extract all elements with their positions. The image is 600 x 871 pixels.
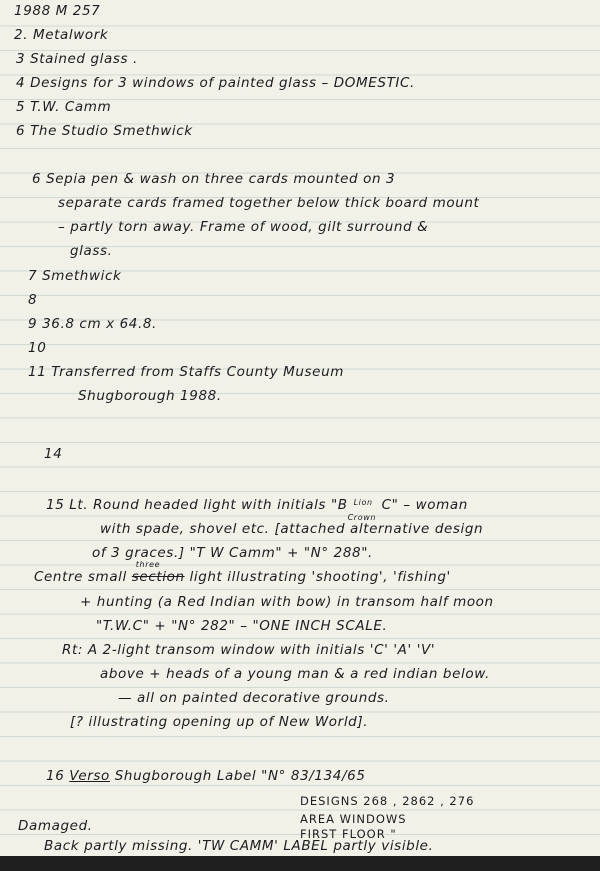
- field-14: 14: [44, 446, 62, 462]
- description-line-2: separate cards framed together below thi…: [58, 195, 479, 211]
- field-3-material: 3 Stained glass .: [16, 51, 138, 67]
- right-light-line-4: [? illustrating opening up of New World]…: [70, 714, 368, 730]
- page-bottom-shadow: [0, 856, 600, 871]
- field-16-verso: 16 Verso Shugborough Label "N° 83/134/65: [46, 768, 366, 784]
- verso-label-text: Shugborough Label "N° 83/134/65: [110, 768, 366, 784]
- insertion-three: three: [136, 560, 160, 569]
- right-light-line-2: above + heads of a young man & a red ind…: [100, 666, 490, 682]
- description-line-3: – partly torn away. Frame of wood, gilt …: [58, 219, 428, 235]
- left-light-text-end: C" – woman: [382, 497, 468, 513]
- label-area-windows: AREA WINDOWS: [300, 812, 407, 826]
- field-16-number: 16: [46, 768, 69, 784]
- condition-note: Back partly missing. 'TW CAMM' LABEL par…: [44, 838, 433, 854]
- field-15-line-2: with spade, shovel etc. [attached altern…: [100, 521, 483, 537]
- field-2-category: 2. Metalwork: [14, 27, 108, 43]
- centre-light-suffix: light illustrating 'shooting', 'fishing': [185, 569, 451, 585]
- field-4-title: 4 Designs for 3 windows of painted glass…: [16, 75, 415, 91]
- field-4-text: 4 Designs for 3 windows of painted glass…: [16, 75, 415, 91]
- description-line-4: glass.: [70, 243, 113, 259]
- field-8: 8: [28, 292, 37, 308]
- label-designs: DESIGNS 268 , 2862 , 276: [300, 794, 474, 808]
- field-6-maker: 6 The Studio Smethwick: [16, 123, 193, 139]
- centre-light-line: Centre small threesection light illustra…: [34, 569, 451, 585]
- field-11-provenance-cont: Shugborough 1988.: [78, 388, 222, 404]
- struck-word: section: [132, 569, 185, 585]
- right-light-line-3: — all on painted decorative grounds.: [118, 690, 390, 706]
- corrected-word: threesection: [132, 569, 185, 585]
- field-11-provenance: 11 Transferred from Staffs County Museum: [28, 364, 344, 380]
- centre-light-line-2: + hunting (a Red Indian with bow) in tra…: [80, 594, 494, 610]
- field-5-artist: 5 T.W. Camm: [16, 99, 111, 115]
- condition-damaged: Damaged.: [18, 818, 93, 834]
- right-light-line-1: Rt: A 2-light transom window with initia…: [62, 642, 435, 658]
- superscript-lion: Lion: [354, 498, 373, 507]
- accession-number: 1988 M 257: [14, 3, 100, 19]
- field-9-dimensions: 9 36.8 cm x 64.8.: [28, 316, 157, 332]
- field-15-line-3: of 3 graces.] "T W Camm" + "N° 288".: [92, 545, 373, 561]
- field-15-left-light: 15 Lt. Round headed light with initials …: [46, 497, 468, 513]
- left-light-text: 15 Lt. Round headed light with initials …: [46, 497, 348, 513]
- verso-underlined: Verso: [69, 768, 110, 784]
- field-10: 10: [28, 340, 46, 356]
- field-7-place: 7 Smethwick: [28, 268, 121, 284]
- centre-light-line-3: "T.W.C" + "N° 282" – "ONE INCH SCALE.: [96, 618, 387, 634]
- ruled-notebook-page: 1988 M 257 2. Metalwork 3 Stained glass …: [0, 0, 600, 856]
- description-line-1: 6 Sepia pen & wash on three cards mounte…: [32, 171, 395, 187]
- centre-light-prefix: Centre small: [34, 569, 132, 585]
